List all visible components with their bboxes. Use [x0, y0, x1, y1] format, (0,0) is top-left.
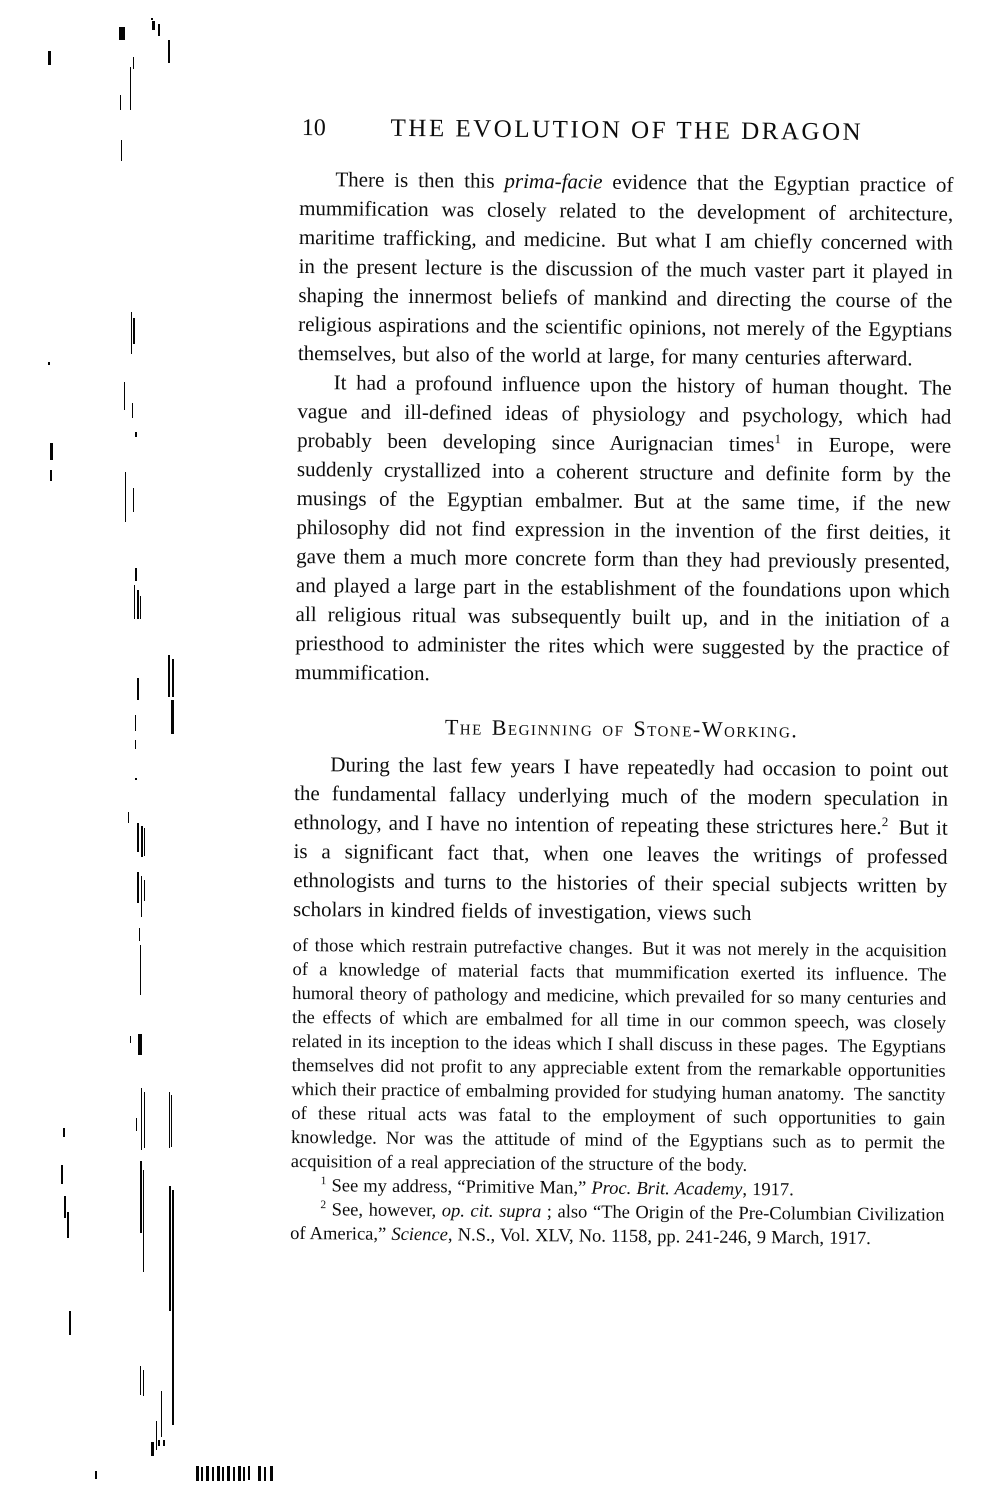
scan-artifact-mark	[161, 1391, 162, 1437]
scan-artifact-mark	[243, 1467, 245, 1481]
scan-artifact-mark	[168, 40, 170, 63]
scan-artifact-mark	[121, 140, 122, 161]
scan-artifact-mark	[196, 1466, 199, 1481]
scan-artifact-mark	[134, 585, 135, 619]
scan-artifact-mark	[119, 27, 125, 40]
scan-artifact-mark	[61, 1165, 63, 1184]
scanned-book-page: 10 THE EVOLUTION OF THE DRAGON There is …	[0, 0, 988, 1500]
running-head: 10 THE EVOLUTION OF THE DRAGON	[300, 112, 954, 150]
scan-artifact-mark	[217, 1466, 220, 1481]
scan-artifact-mark	[233, 1467, 235, 1481]
scan-artifact-mark	[201, 1467, 203, 1481]
scan-artifact-mark	[125, 472, 126, 522]
scan-artifact-mark	[133, 488, 134, 512]
scan-artifact-mark	[137, 678, 139, 700]
section-heading: The Beginning of Stone-Working.	[295, 711, 949, 746]
scan-artifact-mark	[143, 1170, 144, 1272]
scan-artifact-mark	[156, 1421, 157, 1450]
footnote-continuation: of those which restrain putrefactive cha…	[291, 934, 947, 1180]
scan-artifact-mark	[50, 443, 53, 460]
scan-artifact-mark	[140, 596, 141, 619]
scan-artifact-mark	[227, 1466, 230, 1481]
text-block: 10 THE EVOLUTION OF THE DRAGON There is …	[290, 112, 954, 1252]
scan-artifact-mark	[137, 872, 139, 903]
scan-artifact-mark	[171, 700, 174, 734]
footnote-2: 2 See, however, op. cit. supra ; also “T…	[290, 1198, 944, 1252]
scan-artifact-mark	[120, 95, 121, 110]
scan-artifact-mark	[48, 362, 50, 365]
scan-artifact-mark	[138, 1034, 142, 1055]
scan-artifact-mark	[141, 1088, 142, 1150]
scan-artifact-mark	[264, 1467, 266, 1481]
scan-artifact-mark	[172, 659, 174, 697]
scan-artifact-mark	[151, 1442, 154, 1456]
scan-artifact-mark	[168, 655, 170, 697]
scan-artifact-mark	[143, 1370, 144, 1396]
scan-artifact-mark	[172, 1190, 174, 1425]
scan-artifact-mark	[139, 928, 140, 941]
scan-artifact-mark	[238, 1466, 241, 1481]
scan-artifact-mark	[258, 1466, 261, 1481]
scan-artifact-mark	[163, 1440, 165, 1446]
scan-artifact-mark	[136, 1118, 137, 1131]
scan-artifact-mark	[141, 826, 143, 857]
scan-artifact-mark	[144, 828, 145, 856]
scan-artifact-mark	[212, 1467, 214, 1481]
scan-artifact-mark	[171, 1095, 172, 1147]
scan-artifact-mark	[135, 715, 136, 731]
scan-artifact-mark	[132, 403, 133, 418]
scan-artifact-mark	[140, 1161, 142, 1233]
running-title: THE EVOLUTION OF THE DRAGON	[300, 112, 954, 150]
scan-artifact-mark	[151, 18, 153, 20]
scan-artifact-mark	[130, 67, 131, 110]
scan-artifact-mark	[158, 1440, 160, 1446]
scan-artifact-mark	[130, 1036, 131, 1043]
scan-artifact-mark	[95, 1471, 97, 1479]
scan-artifact-mark	[140, 945, 141, 995]
scan-artifact-mark	[131, 312, 132, 354]
scan-artifact-mark	[128, 812, 129, 823]
scan-artifact-mark	[152, 21, 155, 30]
scan-artifact-mark	[270, 1466, 273, 1481]
scan-artifact-mark	[248, 1466, 250, 1480]
scan-artifact-mark	[169, 1186, 171, 1311]
scan-artifact-mark	[206, 1466, 209, 1481]
scan-artifact-mark	[69, 1311, 71, 1335]
scan-artifact-mark	[158, 24, 160, 36]
scan-artifact-mark	[67, 1212, 69, 1238]
scan-artifact-mark	[63, 1128, 65, 1137]
scan-artifact-mark	[144, 1092, 145, 1148]
scan-artifact-mark	[137, 823, 139, 852]
scan-artifact-mark	[140, 1366, 141, 1395]
scan-artifact-mark	[144, 880, 145, 901]
scan-artifact-mark	[124, 382, 125, 410]
scan-artifact-mark	[135, 778, 137, 780]
scan-artifact-mark	[64, 1196, 66, 1218]
scan-artifact-mark	[133, 57, 134, 69]
scan-artifact-mark	[133, 318, 135, 344]
body-paragraph-1: There is then this prima-facie evidence …	[298, 165, 954, 374]
scan-artifact-mark	[137, 590, 139, 619]
scan-artifact-mark	[141, 876, 142, 917]
page-number: 10	[302, 112, 326, 144]
scan-artifact-mark	[222, 1467, 224, 1481]
scan-artifact-mark	[48, 51, 51, 65]
footnote-block: of those which restrain putrefactive cha…	[290, 934, 947, 1252]
scan-artifact-mark	[135, 568, 137, 581]
scan-artifact-mark	[135, 432, 137, 437]
body-paragraph-2: It had a profound influence upon the his…	[295, 368, 952, 693]
scan-artifact-mark	[169, 1092, 170, 1148]
scan-artifact-mark	[50, 470, 52, 481]
scan-artifact-mark	[135, 740, 136, 749]
body-paragraph-3: During the last few years I have repeate…	[293, 750, 948, 930]
